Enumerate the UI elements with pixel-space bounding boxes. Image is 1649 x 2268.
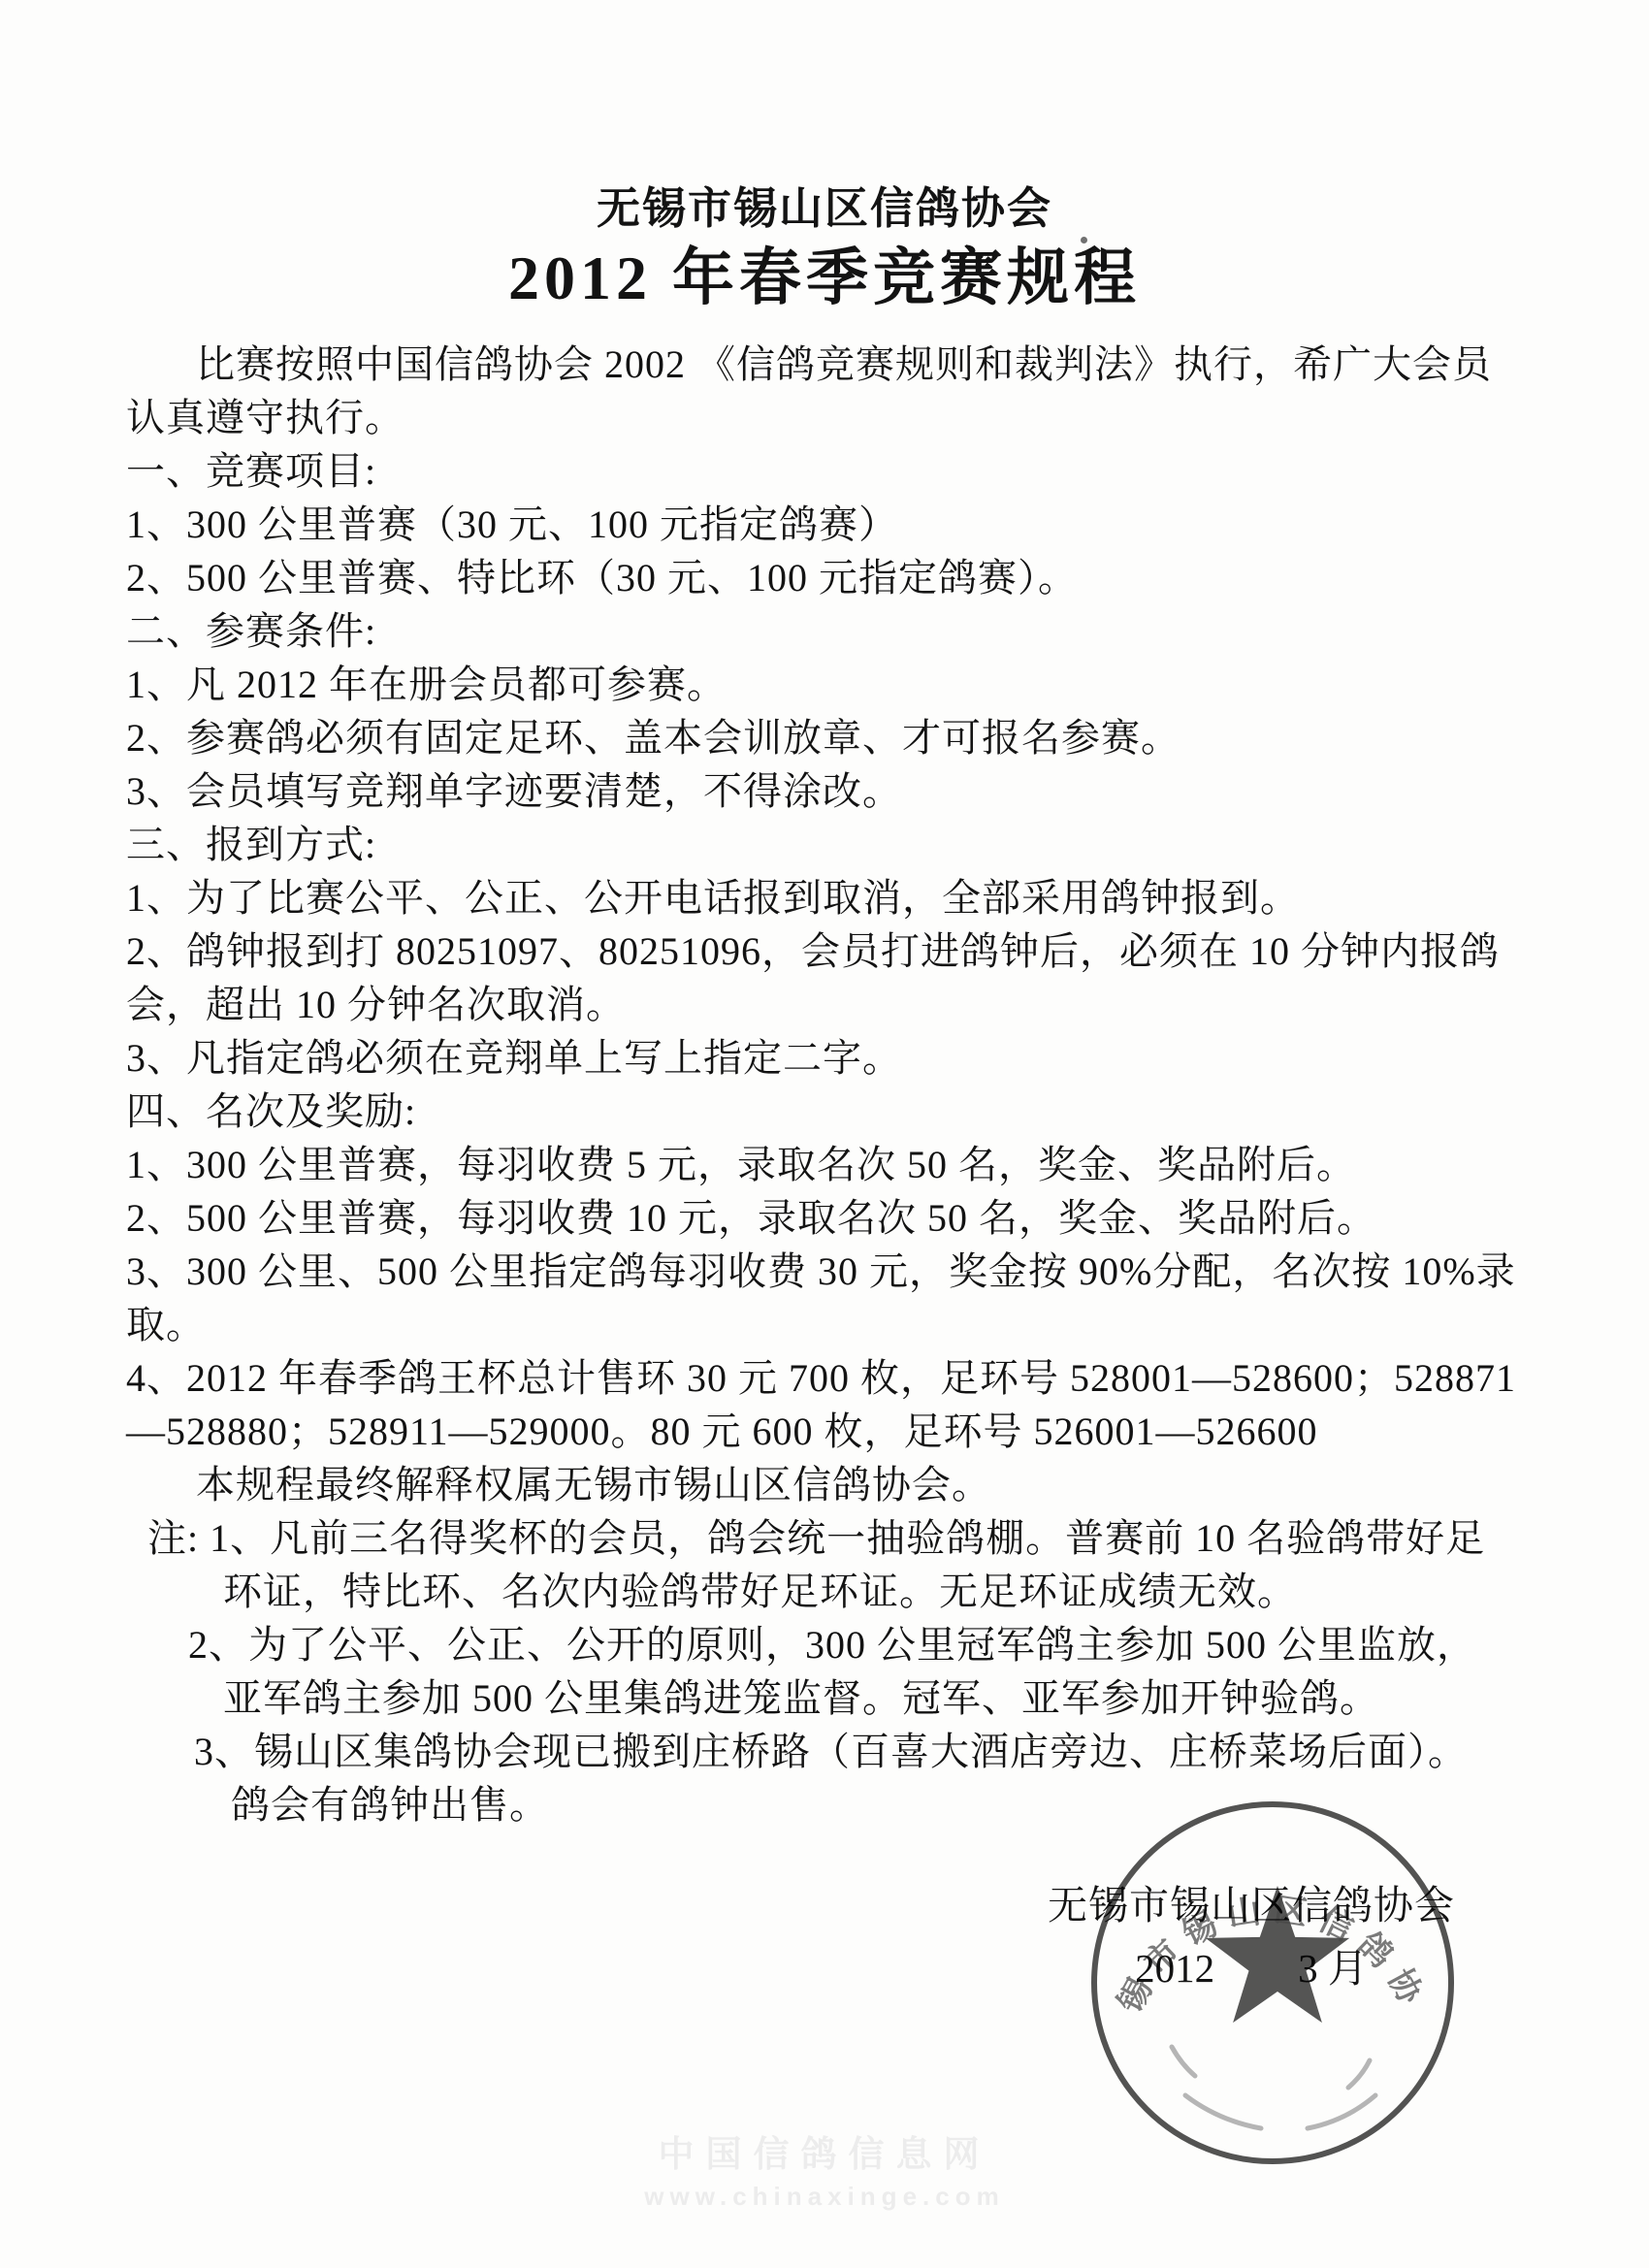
list-item: 1、300 公里普赛（30 元、100 元指定鸽赛） — [126, 498, 1552, 551]
list-item: 3、会员填写竞翔单字迹要清楚，不得涂改。 — [126, 764, 1552, 818]
scan-speck — [1081, 237, 1087, 243]
list-item-continuation: 会，超出 10 分钟名次取消。 — [126, 978, 1552, 1031]
official-seal: 无锡市锡山区信鸽协会 — [1079, 1787, 1467, 2175]
seal-smudge — [1348, 2060, 1370, 2088]
section-heading: 二、参赛条件: — [126, 604, 1552, 658]
list-item: 4、2012 年春季鸽王杯总计售环 30 元 700 枚，足环号 528001—… — [126, 1351, 1552, 1405]
org-title: 无锡市锡山区信鸽协会 — [0, 182, 1649, 235]
intro-line: 比赛按照中国信鸽协会 2002 《信鸽竞赛规则和裁判法》执行，希广大会员 — [196, 338, 1552, 391]
scanned-document-page: 无锡市锡山区信鸽协会 2012 年春季竞赛规程 比赛按照中国信鸽协会 2002 … — [0, 0, 1649, 2268]
list-item: 1、凡 2012 年在册会员都可参赛。 — [126, 658, 1552, 711]
seal-smudge — [1172, 2047, 1195, 2076]
note-line: 注: 1、凡前三名得奖杯的会员，鸽会统一抽验鸽棚。普赛前 10 名验鸽带好足 — [147, 1511, 1552, 1565]
document-body: 比赛按照中国信鸽协会 2002 《信鸽竞赛规则和裁判法》执行，希广大会员 认真遵… — [0, 332, 1649, 1831]
watermark-url: www.chinaxinge.com — [0, 2181, 1649, 2212]
list-item: 2、参赛鸽必须有固定足环、盖本会训放章、才可报名参赛。 — [126, 711, 1552, 764]
section-heading: 四、名次及奖励: — [126, 1085, 1552, 1138]
list-item: 2、鸽钟报到打 80251097、80251096，会员打进鸽钟后，必须在 10… — [126, 924, 1552, 978]
list-item: 1、300 公里普赛，每羽收费 5 元，录取名次 50 名，奖金、奖品附后。 — [126, 1138, 1552, 1191]
note-line: 2、为了公平、公正、公开的原则，300 公里冠军鸽主参加 500 公里监放， — [188, 1618, 1552, 1671]
section-heading: 三、报到方式: — [126, 818, 1552, 871]
site-watermark: 中国信鸽信息网 www.chinaxinge.com — [0, 2132, 1649, 2212]
note-line-continuation: 亚军鸽主参加 500 公里集鸽进笼监督。冠军、亚军参加开钟验鸽。 — [223, 1671, 1552, 1725]
list-item-continuation: 取。 — [126, 1298, 1552, 1351]
seal-smudge — [1185, 2095, 1261, 2128]
list-item: 2、500 公里普赛，每羽收费 10 元，录取名次 50 名，奖金、奖品附后。 — [126, 1191, 1552, 1245]
note-line: 3、锡山区集鸽协会现已搬到庄桥路（百喜大酒店旁边、庄桥菜场后面）。 — [194, 1725, 1552, 1778]
seal-smudge — [1308, 2095, 1375, 2128]
list-item: 3、300 公里、500 公里指定鸽每羽收费 30 元，奖金按 90%分配，名次… — [126, 1245, 1552, 1298]
note-line-continuation: 环证，特比环、名次内验鸽带好足环证。无足环证成绩无效。 — [223, 1565, 1552, 1618]
list-item: 2、500 公里普赛、特比环（30 元、100 元指定鸽赛）。 — [126, 551, 1552, 604]
watermark-title: 中国信鸽信息网 — [0, 2132, 1649, 2177]
list-item-continuation: —528880；528911—529000。80 元 600 枚，足环号 526… — [126, 1405, 1552, 1458]
intro-line: 认真遵守执行。 — [126, 391, 1552, 444]
list-item: 3、凡指定鸽必须在竞翔单上写上指定二字。 — [126, 1031, 1552, 1085]
list-item: 1、为了比赛公平、公正、公开电话报到取消，全部采用鸽钟报到。 — [126, 871, 1552, 924]
closing-line: 本规程最终解释权属无锡市锡山区信鸽协会。 — [196, 1458, 1552, 1511]
section-heading: 一、竞赛项目: — [126, 444, 1552, 498]
doc-title: 2012 年春季竞赛规程 — [0, 243, 1649, 314]
